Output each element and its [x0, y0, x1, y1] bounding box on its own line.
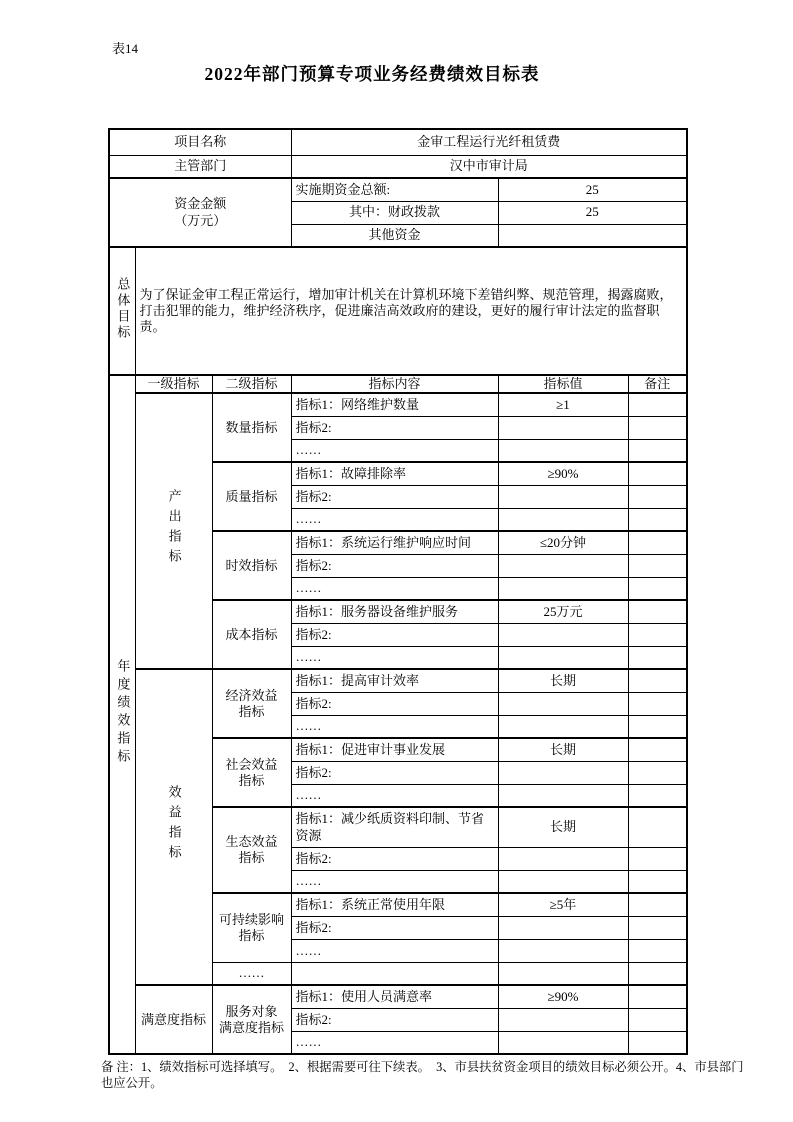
project-name-label: 项目名称	[109, 129, 291, 155]
indicator-value-cell	[498, 577, 628, 600]
indicator-content-cell: 指标2:	[291, 416, 498, 439]
fund-amount-label: 资金金额 （万元）	[109, 178, 291, 247]
indicator-value-cell: ≥1	[498, 393, 628, 416]
indicator-content-cell: 指标1：故障排除率	[291, 462, 498, 485]
indicator-value-cell	[498, 962, 628, 985]
note-cell	[628, 531, 687, 554]
level2-label: 质量指标	[212, 462, 291, 531]
note-cell	[628, 1008, 687, 1031]
indicator-value-cell	[498, 646, 628, 669]
note-cell	[628, 761, 687, 784]
indicator-value-cell	[498, 784, 628, 807]
level1-satisfaction: 满意度指标	[135, 985, 212, 1054]
indicator-content-cell: 指标2:	[291, 847, 498, 870]
fund-row-label: 其中：财政拨款	[291, 201, 498, 224]
indicator-content-cell: ……	[291, 577, 498, 600]
level2-label: 生态效益 指标	[212, 807, 291, 893]
indicator-value-cell	[498, 761, 628, 784]
note-cell	[628, 916, 687, 939]
indicator-content-cell: ……	[291, 508, 498, 531]
level1-output: 产出指标	[135, 393, 212, 669]
annual-performance-label: 年度绩效指标	[109, 375, 135, 1054]
indicator-content-cell: 指标2:	[291, 916, 498, 939]
indicator-content-cell: ……	[291, 715, 498, 738]
note-cell	[628, 939, 687, 962]
note-cell	[628, 784, 687, 807]
indicator-content-cell: ……	[291, 784, 498, 807]
indicator-value-cell: ≤20分钟	[498, 531, 628, 554]
note-cell	[628, 870, 687, 893]
indicator-content-cell: 指标1：使用人员满意率	[291, 985, 498, 1008]
indicator-content-cell: ……	[291, 1031, 498, 1054]
performance-target-table: 项目名称 金审工程运行光纤租赁费 主管部门 汉中市审计局 资金金额 （万元） 实…	[108, 128, 688, 1055]
fund-row-label: 实施期资金总额:	[291, 178, 498, 201]
header-level1: 一级指标	[135, 375, 212, 393]
page-title: 2022年部门预算专项业务经费绩效目标表	[0, 61, 744, 86]
note-cell	[628, 807, 687, 847]
indicator-value-cell	[498, 1031, 628, 1054]
indicator-value-cell	[498, 939, 628, 962]
level1-benefit: 效益指标	[135, 669, 212, 985]
indicator-value-cell: 长期	[498, 669, 628, 692]
note-cell	[628, 462, 687, 485]
note-cell	[628, 554, 687, 577]
indicator-content-cell: ……	[291, 870, 498, 893]
indicator-value-cell	[498, 847, 628, 870]
note-cell	[628, 646, 687, 669]
footnote: 备 注：1、绩效指标可选择填写。 2、根据需要可往下续表。 3、市县扶贫资金项目…	[101, 1059, 749, 1091]
overall-goal-label-text: 总体目标	[114, 277, 130, 341]
fund-row-value: 25	[498, 201, 687, 224]
indicator-content-cell: 指标1：服务器设备维护服务	[291, 600, 498, 623]
fund-row-value	[498, 224, 687, 247]
indicator-value-cell: ≥90%	[498, 462, 628, 485]
table-row: 总体目标 为了保证金审工程正常运行，增加审计机关在计算机环境下差错纠弊、规范管理…	[109, 247, 687, 375]
indicator-value-cell: 25万元	[498, 600, 628, 623]
level2-label: 成本指标	[212, 600, 291, 669]
indicator-content-cell: ……	[291, 646, 498, 669]
indicator-content-cell: 指标2:	[291, 1008, 498, 1031]
level2-label: 数量指标	[212, 393, 291, 462]
indicator-content-cell: 指标2:	[291, 761, 498, 784]
indicator-content-cell: 指标1：网络维护数量	[291, 393, 498, 416]
level2-ellipsis: ……	[212, 962, 291, 985]
indicator-content-cell: 指标2:	[291, 692, 498, 715]
annual-performance-label-text: 年度绩效指标	[114, 659, 130, 767]
indicator-content-cell: 指标2:	[291, 554, 498, 577]
note-cell	[628, 738, 687, 761]
department-label: 主管部门	[109, 155, 291, 178]
indicator-content-cell: 指标1：系统正常使用年限	[291, 893, 498, 916]
note-cell	[628, 439, 687, 462]
level2-label: 可持续影响 指标	[212, 893, 291, 962]
overall-goal-label: 总体目标	[109, 247, 135, 375]
table-row: 满意度指标 服务对象 满意度指标 指标1：使用人员满意率 ≥90%	[109, 985, 687, 1008]
level2-label: 经济效益 指标	[212, 669, 291, 738]
indicator-value-cell	[498, 485, 628, 508]
indicator-value-cell: ≥5年	[498, 893, 628, 916]
level2-label: 服务对象 满意度指标	[212, 985, 291, 1054]
header-value: 指标值	[498, 375, 628, 393]
indicator-content-cell	[291, 962, 498, 985]
indicator-value-cell	[498, 916, 628, 939]
indicator-value-cell	[498, 508, 628, 531]
note-cell	[628, 962, 687, 985]
indicator-content-cell: 指标2:	[291, 485, 498, 508]
note-cell	[628, 577, 687, 600]
indicator-content-cell: ……	[291, 939, 498, 962]
indicator-content-cell: 指标2:	[291, 623, 498, 646]
indicator-value-cell	[498, 554, 628, 577]
note-cell	[628, 847, 687, 870]
indicator-content-cell: 指标1：减少纸质资料印制、节省资源	[291, 807, 498, 847]
note-cell	[628, 893, 687, 916]
note-cell	[628, 623, 687, 646]
note-cell	[628, 715, 687, 738]
indicator-value-cell	[498, 715, 628, 738]
indicator-content-cell: 指标1：提高审计效率	[291, 669, 498, 692]
table-row: 产出指标 数量指标 指标1：网络维护数量 ≥1	[109, 393, 687, 416]
overall-goal-text: 为了保证金审工程正常运行，增加审计机关在计算机环境下差错纠弊、规范管理，揭露腐败…	[135, 247, 687, 375]
indicator-value-cell: 长期	[498, 738, 628, 761]
table-row: 资金金额 （万元） 实施期资金总额: 25	[109, 178, 687, 201]
indicator-value-cell: ≥90%	[498, 985, 628, 1008]
note-cell	[628, 416, 687, 439]
department-value: 汉中市审计局	[291, 155, 687, 178]
note-cell	[628, 508, 687, 531]
indicator-value-cell	[498, 623, 628, 646]
level2-label: 时效指标	[212, 531, 291, 600]
table-header-row: 年度绩效指标 一级指标 二级指标 指标内容 指标值 备注	[109, 375, 687, 393]
form-number: 表14	[112, 38, 138, 57]
indicator-content-cell: 指标1：促进审计事业发展	[291, 738, 498, 761]
document-page: 表14 2022年部门预算专项业务经费绩效目标表 项目名称 金审工程运行光纤租赁…	[0, 0, 793, 1122]
indicator-value-cell	[498, 416, 628, 439]
project-name-value: 金审工程运行光纤租赁费	[291, 129, 687, 155]
indicator-value-cell	[498, 439, 628, 462]
indicator-value-cell	[498, 1008, 628, 1031]
indicator-value-cell	[498, 870, 628, 893]
level1-output-text: 产出指标	[165, 489, 181, 569]
note-cell	[628, 985, 687, 1008]
level1-benefit-text: 效益指标	[165, 785, 181, 865]
indicator-value-cell	[498, 692, 628, 715]
header-level2: 二级指标	[212, 375, 291, 393]
fund-row-value: 25	[498, 178, 687, 201]
note-cell	[628, 692, 687, 715]
table-row: 效益指标 经济效益 指标 指标1：提高审计效率 长期	[109, 669, 687, 692]
note-cell	[628, 1031, 687, 1054]
header-note: 备注	[628, 375, 687, 393]
note-cell	[628, 485, 687, 508]
fund-row-label: 其他资金	[291, 224, 498, 247]
indicator-content-cell: 指标1：系统运行维护响应时间	[291, 531, 498, 554]
level2-label: 社会效益 指标	[212, 738, 291, 807]
table-row: 项目名称 金审工程运行光纤租赁费	[109, 129, 687, 155]
header-content: 指标内容	[291, 375, 498, 393]
indicator-value-cell: 长期	[498, 807, 628, 847]
indicator-content-cell: ……	[291, 439, 498, 462]
note-cell	[628, 600, 687, 623]
table-row: 主管部门 汉中市审计局	[109, 155, 687, 178]
note-cell	[628, 393, 687, 416]
note-cell	[628, 669, 687, 692]
